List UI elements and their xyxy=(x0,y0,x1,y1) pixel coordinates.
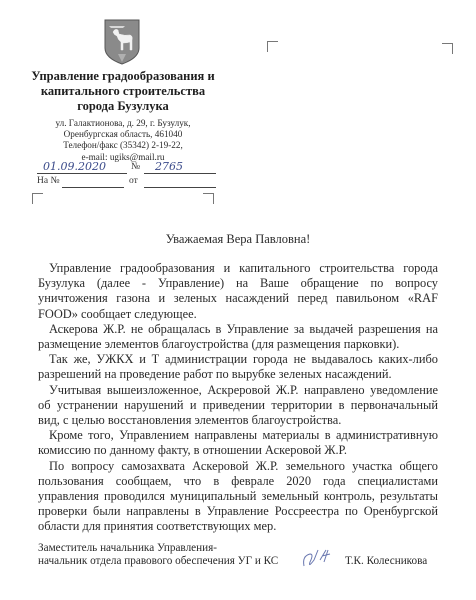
paragraph: Кроме того, Управлением направлены матер… xyxy=(38,428,438,458)
addressee-bracket-top-right xyxy=(442,43,453,54)
letter-greeting: Уважаемая Вера Павловна! xyxy=(0,232,476,247)
paragraph: По вопросу самозахвата Аскеровой Ж.Р. зе… xyxy=(38,459,438,535)
registration-number: 2765 xyxy=(155,160,183,173)
position-line-1: Заместитель начальника Управления- xyxy=(38,542,278,555)
address-phone: Телефон/факс (35342) 2-19-22, xyxy=(18,140,228,151)
address-street: ул. Галактионова, д. 29, г. Бузулук, xyxy=(18,118,228,129)
coat-of-arms-icon xyxy=(103,18,141,66)
org-line-1: Управление градообразования и xyxy=(18,69,228,84)
addressee-bracket-top-left xyxy=(267,41,278,52)
letter-body: Управление градообразования и капитально… xyxy=(38,261,438,535)
corner-bracket-top-right xyxy=(203,193,214,204)
signatory-name: Т.К. Колесникова xyxy=(345,555,427,567)
handwritten-signature-icon xyxy=(300,546,336,575)
from-label: от xyxy=(129,176,138,186)
registration-date: 01.09.2020 xyxy=(43,160,106,173)
corner-bracket-top-left xyxy=(32,193,43,204)
signatory-position: Заместитель начальника Управления- начал… xyxy=(38,542,278,568)
position-line-2: начальник отдела правового обеспечения У… xyxy=(38,555,278,568)
address-region: Оренбургская область, 461040 xyxy=(18,129,228,140)
org-line-2: капитального строительства xyxy=(18,84,228,99)
paragraph: Аскерова Ж.Р. не обращалась в Управление… xyxy=(38,322,438,352)
reply-number-label: На № xyxy=(37,176,60,186)
paragraph: Управление градообразования и капитально… xyxy=(38,261,438,322)
registration-block: 01.09.2020 № 2765 На № от xyxy=(37,160,227,200)
paragraph: Так же, УЖКХ и Т администрации города не… xyxy=(38,352,438,382)
organization-name: Управление градообразования и капитально… xyxy=(18,69,228,114)
paragraph: Учитывая вышеизложенное, Аскреровой Ж.Р.… xyxy=(38,383,438,429)
org-line-3: города Бузулука xyxy=(18,99,228,114)
organization-address: ул. Галактионова, д. 29, г. Бузулук, Оре… xyxy=(18,118,228,163)
number-label: № xyxy=(131,162,140,172)
